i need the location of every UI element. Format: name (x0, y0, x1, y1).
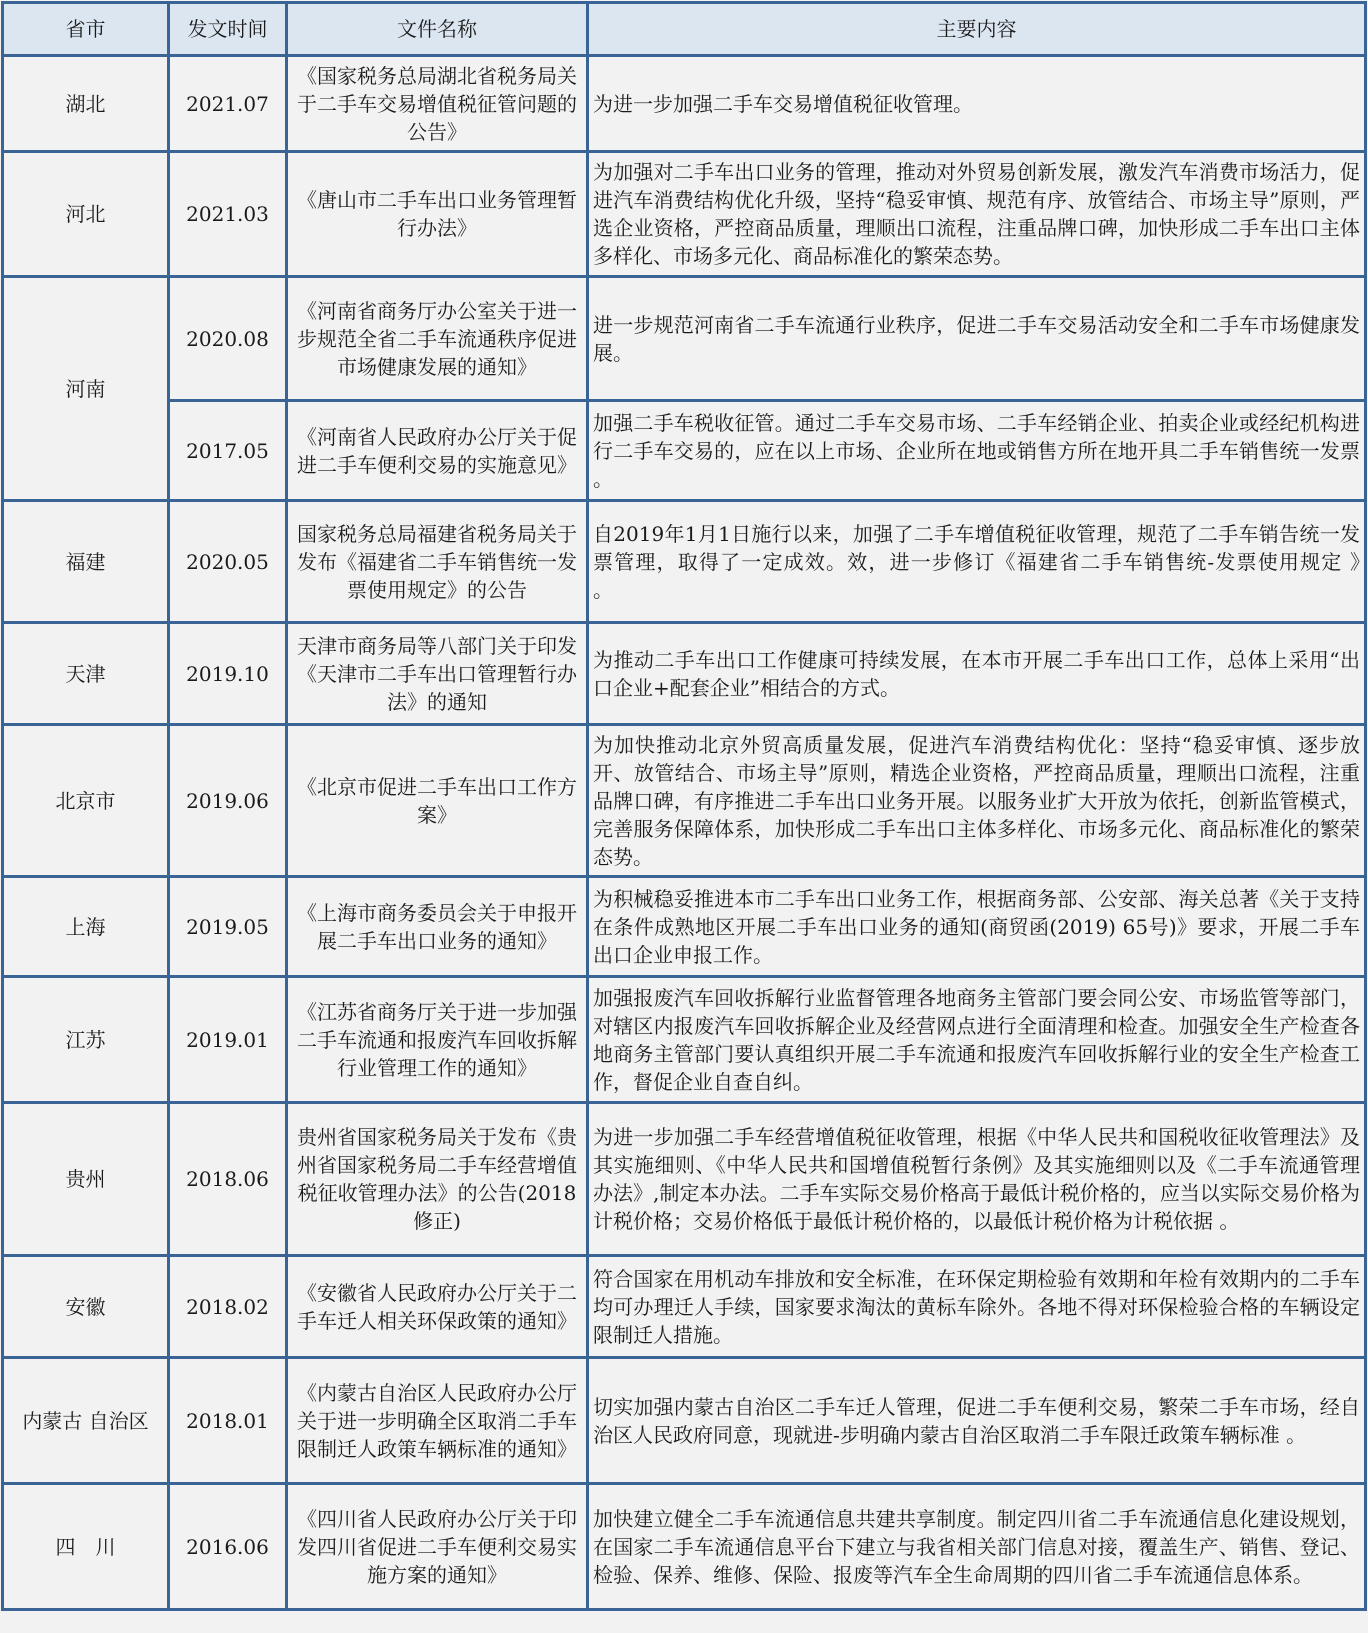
title-cell: 《内蒙古自治区人民政府办公厅关于进一步明确全区取消二手车限制迁人政策车辆标准的通… (287, 1358, 588, 1484)
province-cell: 安徽 (3, 1256, 169, 1358)
table-row: 湖北 2021.07 《国家税务总局湖北省税务局关于二手车交易增值税征管问题的公… (3, 56, 1366, 152)
province-cell: 河南 (3, 277, 169, 501)
table-row: 福建 2020.05 国家税务总局福建省税务局关于发布《福建省二手车销售统一发票… (3, 501, 1366, 623)
date-cell: 2019.01 (169, 977, 287, 1103)
table-row: 河南 2020.08 《河南省商务厅办公室关于进一步规范全省二手车流通秩序促进市… (3, 277, 1366, 401)
header-content: 主要内容 (588, 3, 1366, 56)
title-cell: 《河南省商务厅办公室关于进一步规范全省二手车流通秩序促进市场健康发展的通知》 (287, 277, 588, 401)
province-cell: 内蒙古 自治区 (3, 1358, 169, 1484)
date-cell: 2018.02 (169, 1256, 287, 1358)
title-cell: 《唐山市二手车出口业务管理暂行办法》 (287, 152, 588, 277)
policy-table: 省市 发文时间 文件名称 主要内容 湖北 2021.07 《国家税务总局湖北省税… (1, 1, 1367, 1611)
title-cell: 《江苏省商务厅关于进一步加强二手车流通和报废汽车回收拆解行业管理工作的通知》 (287, 977, 588, 1103)
content-cell: 加快建立健全二手车流通信息共建共享制度。制定四川省二手车流通信息化建设规划，在国… (588, 1484, 1366, 1610)
date-cell: 2019.05 (169, 877, 287, 977)
table-row: 江苏 2019.01 《江苏省商务厅关于进一步加强二手车流通和报废汽车回收拆解行… (3, 977, 1366, 1103)
title-cell: 《北京市促进二手车出口工作方案》 (287, 725, 588, 877)
content-cell: 为进一步加强二手车交易增值税征收管理。 (588, 56, 1366, 152)
date-cell: 2021.07 (169, 56, 287, 152)
date-cell: 2021.03 (169, 152, 287, 277)
title-cell: 《上海市商务委员会关于申报开展二手车出口业务的通知》 (287, 877, 588, 977)
province-cell: 四 川 (3, 1484, 169, 1610)
table-row: 内蒙古 自治区 2018.01 《内蒙古自治区人民政府办公厅关于进一步明确全区取… (3, 1358, 1366, 1484)
date-cell: 2019.10 (169, 623, 287, 725)
province-cell: 北京市 (3, 725, 169, 877)
table-row: 河北 2021.03 《唐山市二手车出口业务管理暂行办法》 为加强对二手车出口业… (3, 152, 1366, 277)
content-cell: 进一步规范河南省二手车流通行业秩序，促进二手车交易活动安全和二手车市场健康发展。 (588, 277, 1366, 401)
title-cell: 国家税务总局福建省税务局关于发布《福建省二手车销售统一发票使用规定》的公告 (287, 501, 588, 623)
content-cell: 为积械稳妥推进本市二手车出口业务工作，根据商务部、公安部、海关总著《关于支持在条… (588, 877, 1366, 977)
content-cell: 符合国家在用机动车排放和安全标准，在环保定期检验有效期和年检有效期内的二手车均可… (588, 1256, 1366, 1358)
content-cell: 为推动二手车出口工作健康可持续发展，在本市开展二手车出口工作，总体上采用“出口企… (588, 623, 1366, 725)
header-date: 发文时间 (169, 3, 287, 56)
content-cell: 为加快推动北京外贸高质量发展，促进汽车消费结构优化：坚持“稳妥审慎、逐步放开、放… (588, 725, 1366, 877)
province-cell: 上海 (3, 877, 169, 977)
date-cell: 2016.06 (169, 1484, 287, 1610)
table-row: 2017.05 《河南省人民政府办公厅关于促进二手车便利交易的实施意见》 加强二… (3, 401, 1366, 501)
content-cell: 为加强对二手车出口业务的管理，推动对外贸易创新发展，激发汽车消费市场活力，促进汽… (588, 152, 1366, 277)
title-cell: 贵州省国家税务局关于发布《贵州省国家税务局二手车经营增值税征收管理办法》的公告(… (287, 1103, 588, 1256)
title-cell: 《国家税务总局湖北省税务局关于二手车交易增值税征管问题的公告》 (287, 56, 588, 152)
table-row: 贵州 2018.06 贵州省国家税务局关于发布《贵州省国家税务局二手车经营增值税… (3, 1103, 1366, 1256)
header-row: 省市 发文时间 文件名称 主要内容 (3, 3, 1366, 56)
table-row: 北京市 2019.06 《北京市促进二手车出口工作方案》 为加快推动北京外贸高质… (3, 725, 1366, 877)
date-cell: 2018.01 (169, 1358, 287, 1484)
date-cell: 2019.06 (169, 725, 287, 877)
province-cell: 福建 (3, 501, 169, 623)
content-cell: 加强报废汽车回收拆解行业监督管理各地商务主管部门要会同公安、市场监管等部门，对辖… (588, 977, 1366, 1103)
title-cell: 《河南省人民政府办公厅关于促进二手车便利交易的实施意见》 (287, 401, 588, 501)
content-cell: 切实加强内蒙古自治区二手车迁人管理，促进二手车便利交易，繁荣二手车市场，经自治区… (588, 1358, 1366, 1484)
date-cell: 2020.08 (169, 277, 287, 401)
table-row: 天津 2019.10 天津市商务局等八部门关于印发《天津市二手车出口管理暂行办法… (3, 623, 1366, 725)
title-cell: 《安徽省人民政府办公厅关于二手车迁人相关环保政策的通知》 (287, 1256, 588, 1358)
content-cell: 加强二手车税收征管。通过二手车交易市场、二手车经销企业、拍卖企业或经纪机构进行二… (588, 401, 1366, 501)
date-cell: 2017.05 (169, 401, 287, 501)
header-title: 文件名称 (287, 3, 588, 56)
date-cell: 2020.05 (169, 501, 287, 623)
province-cell: 贵州 (3, 1103, 169, 1256)
province-cell: 河北 (3, 152, 169, 277)
table-row: 安徽 2018.02 《安徽省人民政府办公厅关于二手车迁人相关环保政策的通知》 … (3, 1256, 1366, 1358)
province-cell: 江苏 (3, 977, 169, 1103)
content-cell: 自2019年1月1日施行以来，加强了二手车增值税征收管理，规范了二手车销告统一发… (588, 501, 1366, 623)
title-cell: 天津市商务局等八部门关于印发《天津市二手车出口管理暂行办法》的通知 (287, 623, 588, 725)
date-cell: 2018.06 (169, 1103, 287, 1256)
header-province: 省市 (3, 3, 169, 56)
province-cell: 天津 (3, 623, 169, 725)
province-cell: 湖北 (3, 56, 169, 152)
content-cell: 为进一步加强二手车经营增值税征收管理，根据《中华人民共和国税收征收管理法》及其实… (588, 1103, 1366, 1256)
table-row: 上海 2019.05 《上海市商务委员会关于申报开展二手车出口业务的通知》 为积… (3, 877, 1366, 977)
table-row: 四 川 2016.06 《四川省人民政府办公厅关于印发四川省促进二手车便利交易实… (3, 1484, 1366, 1610)
title-cell: 《四川省人民政府办公厅关于印发四川省促进二手车便利交易实施方案的通知》 (287, 1484, 588, 1610)
